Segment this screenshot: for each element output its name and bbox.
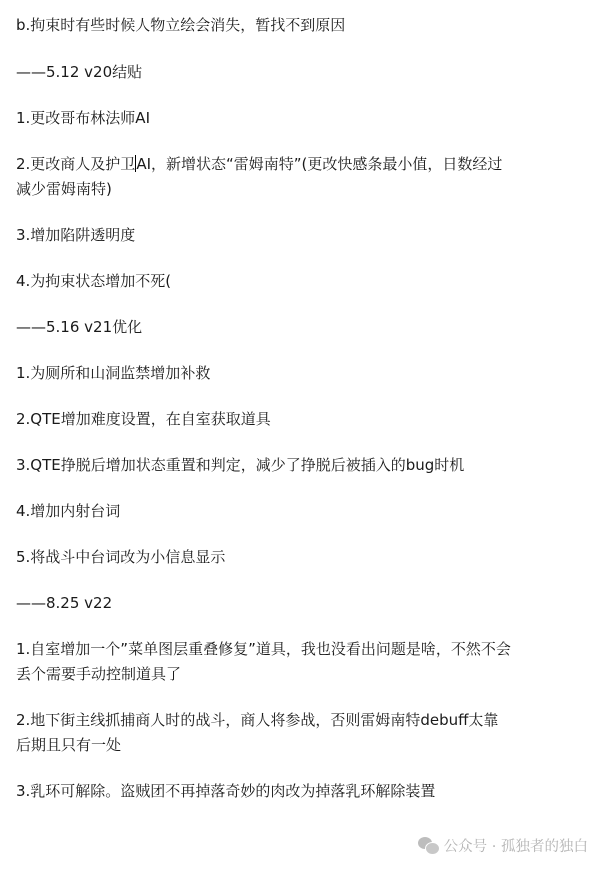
text-line: 2.QTE增加难度设置，在自室获取道具 bbox=[16, 408, 271, 430]
text-line: 后期且只有一处 bbox=[16, 734, 121, 756]
text-line: 3.增加陷阱透明度 bbox=[16, 224, 135, 246]
watermark-text: 公众号 · 孤独者的独白 bbox=[444, 835, 588, 856]
text-line: 1.为厕所和山洞监禁增加补救 bbox=[16, 362, 210, 384]
text-line: 4.为拘束状态增加不死( bbox=[16, 270, 171, 292]
text-line: 4.增加内射台词 bbox=[16, 500, 120, 522]
text-line: b.拘束时有些时候人物立绘会消失，暂找不到原因 bbox=[16, 14, 345, 36]
text-line: 5.将战斗中台词改为小信息显示 bbox=[16, 546, 225, 568]
text-line: 2.地下街主线抓捕商人时的战斗，商人将参战，否则雷姆南特debuff太靠 bbox=[16, 709, 498, 731]
text-line-with-caret[interactable]: 2.更改商人及护卫AI，新增状态“雷姆南特”(更改快感条最小值，日数经过 bbox=[16, 153, 502, 175]
version-heading-v20: ——5.12 v20结贴 bbox=[16, 61, 142, 83]
text-line: 1.更改哥布林法师AI bbox=[16, 107, 150, 129]
text-line: 3.QTE挣脱后增加状态重置和判定，减少了挣脱后被插入的bug时机 bbox=[16, 454, 464, 476]
text-line: 1.自室增加一个”菜单图层重叠修复”道具，我也没看出问题是啥，不然不会 bbox=[16, 638, 511, 660]
text-line: 3.乳环可解除。盗贼团不再掉落奇妙的肉改为掉落乳环解除装置 bbox=[16, 780, 435, 802]
version-heading-v21: ——5.16 v21优化 bbox=[16, 316, 142, 338]
text-before-caret: 2.更改商人及护卫 bbox=[16, 155, 135, 173]
text-after-caret: AI，新增状态“雷姆南特”(更改快感条最小值，日数经过 bbox=[136, 155, 502, 173]
watermark: 公众号 · 孤独者的独白 bbox=[418, 835, 588, 856]
wechat-icon bbox=[418, 836, 440, 856]
text-line: 丢个需要手动控制道具了 bbox=[16, 663, 181, 685]
text-line: 减少雷姆南特) bbox=[16, 178, 112, 200]
version-heading-v22: ——8.25 v22 bbox=[16, 592, 112, 614]
